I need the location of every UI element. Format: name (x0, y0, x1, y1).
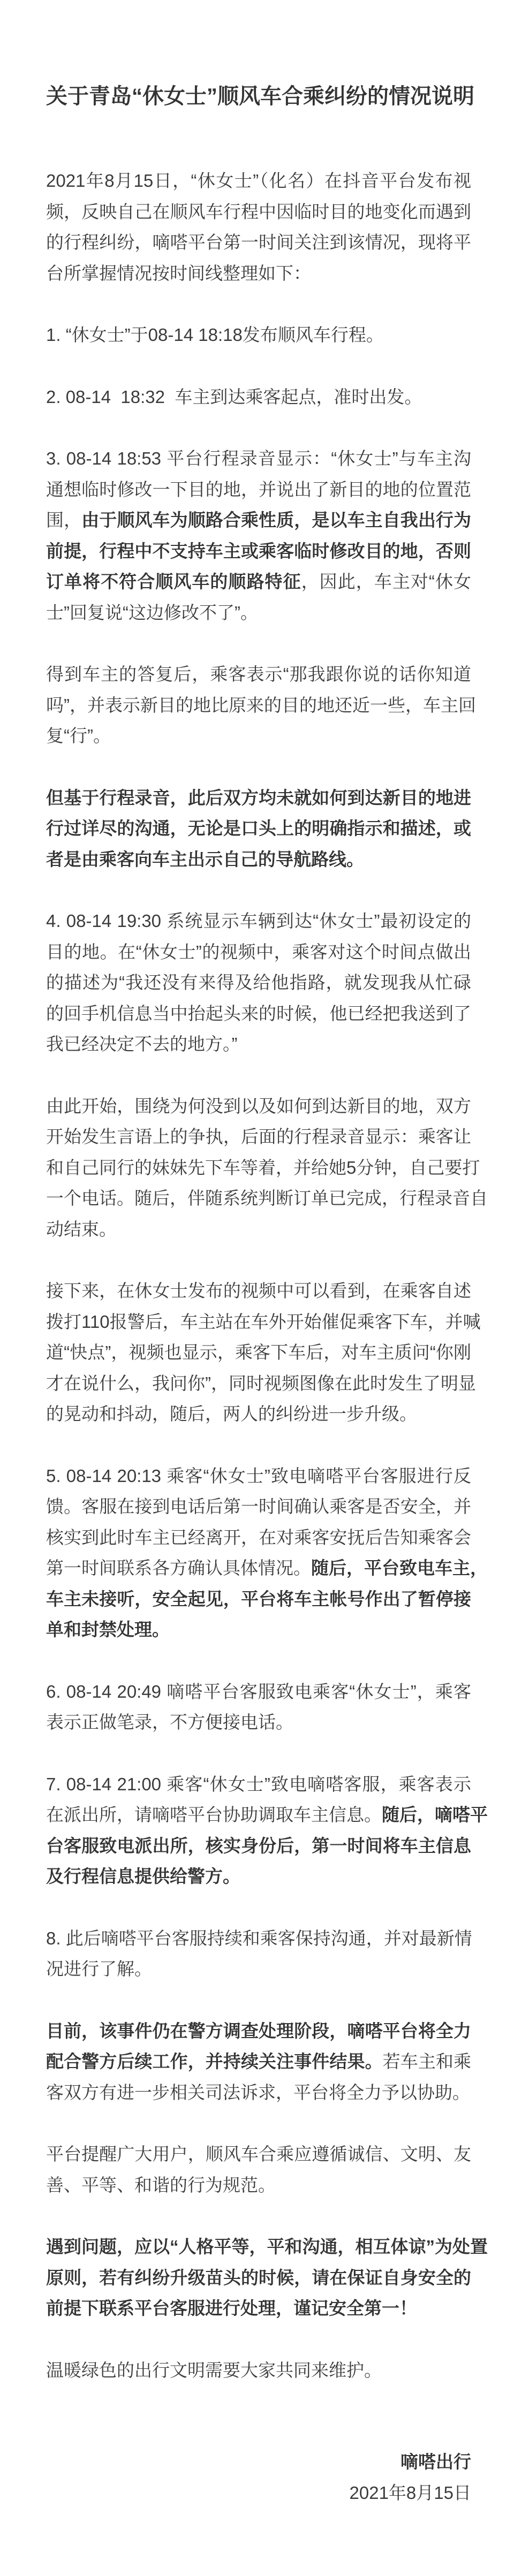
text-segment: 才在说什么，我问你”，同时视频图像在此时发生了明显 (46, 1373, 476, 1393)
text-segment: 道“快点”，视频也显示，乘客下车后，对车主质问“你刚 (46, 1342, 471, 1362)
text-line: 1. “休女士”于08-14 18:18发布顺风车行程。 (46, 320, 471, 351)
text-segment: 拨打110报警后，车主站在车外开始催促乘客下车，并喊 (46, 1312, 481, 1332)
text-segment: 频，反映自己在顺风车行程中因临时目的地变化而遇到 (46, 202, 471, 222)
bold-text-segment: 者是由乘客向车主出示自己的导航路线。 (46, 849, 364, 869)
text-line: 核实到此时车主已经离开，在对乘客安抚后告知乘客会 (46, 1522, 471, 1553)
text-segment: 我已经决定不去的地方。” (46, 1034, 238, 1054)
text-line: 馈。客服在接到电话后第一时间确认乘客是否安全，并 (46, 1491, 471, 1522)
bold-text-segment: 遇到问题，应以“人格平等，平和沟通，相互体谅”为处置 (46, 2237, 488, 2256)
bold-text-segment: 及行程信息提供给警方。 (46, 1866, 240, 1886)
text-line: 的行程纠纷，嘀嗒平台第一时间关注到该情况，现将平 (46, 227, 471, 258)
timeline-item-8: 8. 此后嘀嗒平台客服持续和乘客保持沟通，并对最新情 况进行了解。 (46, 1923, 471, 1985)
text-line: 的晃动和抖动，随后，两人的纠纷进一步升级。 (46, 1399, 471, 1430)
text-line: 7. 08-14 21:00 乘客“休女士”致电嘀嗒客服，乘客表示 (46, 1769, 471, 1800)
text-line: 5. 08-14 20:13 乘客“休女士”致电嘀嗒平台客服进行反 (46, 1461, 471, 1492)
text-segment: 5. 08-14 20:13 乘客“休女士”致电嘀嗒平台客服进行反 (46, 1466, 471, 1486)
text-line: 由此开始，围绕为何没到以及如何到达新目的地，双方 (46, 1091, 471, 1122)
text-line: 表示正做笔录，不方便接电话。 (46, 1707, 471, 1738)
timeline-item-4: 4. 08-14 19:30 系统显示车辆到达“休女士”最初设定的 目的地。在“… (46, 906, 471, 1060)
bold-text-segment: 配合警方后续工作，并持续关注事件结果。 (46, 2051, 383, 2071)
bold-text-segment: 由于顺风车为顺路合乘性质，是以车主自我出行为 (81, 510, 471, 530)
text-line: 3. 08-14 18:53 平台行程录音显示：“休女士”与车主沟 (46, 443, 471, 474)
text-line: 的描述为“我还没有来得及给他指路，就发现我从忙碌 (46, 967, 471, 998)
bold-text-segment: 行过详尽的沟通，无论是口头上的明确指示和描述，或 (46, 818, 471, 838)
timeline-item-5: 5. 08-14 20:13 乘客“休女士”致电嘀嗒平台客服进行反 馈。客服在接… (46, 1461, 471, 1645)
text-line: 善、平等、和谐的行为规范。 (46, 2170, 471, 2201)
text-line: 道“快点”，视频也显示，乘客下车后，对车主质问“你刚 (46, 1337, 471, 1368)
text-segment: 通想临时修改一下目的地，并说出了新目的地的位置范 (46, 480, 471, 499)
text-line: 台所掌握情况按时间线整理如下： (46, 258, 471, 289)
timeline-item-3: 3. 08-14 18:53 平台行程录音显示：“休女士”与车主沟 通想临时修改… (46, 443, 471, 628)
text-line: 开始发生言语上的争执，后面的行程录音显示：乘客让 (46, 1121, 471, 1152)
text-line: 一个电话。随后，伴随系统判断订单已完成，行程录音自 (46, 1183, 471, 1214)
text-segment: 台所掌握情况按时间线整理如下： (46, 263, 311, 283)
text-line: 8. 此后嘀嗒平台客服持续和乘客保持沟通，并对最新情 (46, 1923, 471, 1954)
bold-text-segment: 但基于行程录音，此后双方均未就如何到达新目的地进 (46, 788, 471, 808)
text-line: 行过详尽的沟通，无论是口头上的明确指示和描述，或 (46, 813, 471, 844)
passenger-reply-paragraph: 得到车主的答复后，乘客表示“那我跟你说的话你知道 吗”，并表示新目的地比原来的目… (46, 659, 471, 751)
bold-text-segment: 车主未接听，安全起见，平台将车主帐号作出了暂停接 (46, 1589, 471, 1609)
text-line: 原则，若有纠纷升级苗头的时候，请在保证自身安全的 (46, 2262, 471, 2293)
text-line: 车主未接听，安全起见，平台将车主帐号作出了暂停接 (46, 1584, 471, 1615)
text-line: 目的地。在“休女士”的视频中，乘客对这个时间点做出 (46, 937, 471, 968)
bold-text-segment: 前提下联系平台客服进行处理，谨记安全第一！ (46, 2298, 417, 2318)
bold-text-segment: 原则，若有纠纷升级苗头的时候，请在保证自身安全的 (46, 2268, 471, 2288)
text-line: 平台提醒广大用户，顺风车合乘应遵循诚信、文明、友 (46, 2139, 471, 2170)
signature-org: 嘀嗒出行 (350, 2446, 471, 2478)
text-segment: 8. 此后嘀嗒平台客服持续和乘客保持沟通，并对最新情 (46, 1928, 472, 1948)
dispute-paragraph: 由此开始，围绕为何没到以及如何到达新目的地，双方 开始发生言语上的争执，后面的行… (46, 1091, 471, 1245)
current-status-paragraph: 目前，该事件仍在警方调查处理阶段，嘀嗒平台将全力 配合警方后续工作，并持续关注事… (46, 2016, 471, 2108)
text-line: 温暖绿色的出行文明需要大家共同来维护。 (46, 2355, 471, 2386)
text-line: 接下来，在休女士发布的视频中可以看到，在乘客自述 (46, 1275, 471, 1306)
text-line: 动结束。 (46, 1214, 471, 1245)
text-line: 前提下联系平台客服进行处理，谨记安全第一！ (46, 2293, 471, 2324)
text-segment: 3. 08-14 18:53 平台行程录音显示：“休女士”与车主沟 (46, 449, 471, 468)
recording-note-paragraph: 但基于行程录音，此后双方均未就如何到达新目的地进 行过详尽的沟通，无论是口头上的… (46, 782, 471, 875)
video-description-paragraph: 接下来，在休女士发布的视频中可以看到，在乘客自述 拨打110报警后，车主站在车外… (46, 1275, 471, 1430)
text-line: 围，由于顺风车为顺路合乘性质，是以车主自我出行为 (46, 505, 471, 536)
bold-text-segment: 目前，该事件仍在警方调查处理阶段，嘀嗒平台将全力 (46, 2021, 471, 2041)
text-segment: 动结束。 (46, 1219, 117, 1239)
text-segment: 的行程纠纷，嘀嗒平台第一时间关注到该情况，现将平 (46, 232, 471, 252)
text-segment: 4. 08-14 19:30 系统显示车辆到达“休女士”最初设定的 (46, 911, 471, 931)
text-segment: 6. 08-14 20:49 嘀嗒平台客服致电乘客“休女士”，乘客 (46, 1682, 471, 1701)
text-segment: 馈。客服在接到电话后第一时间确认乘客是否安全，并 (46, 1496, 471, 1516)
safety-advice-paragraph: 遇到问题，应以“人格平等，平和沟通，相互体谅”为处置 原则，若有纠纷升级苗头的时… (46, 2231, 471, 2324)
document-page: 关于青岛“休女士”顺风车合乘纠纷的情况说明 2021年8月15日，“休女士”（化… (0, 0, 514, 2576)
text-line: 得到车主的答复后，乘客表示“那我跟你说的话你知道 (46, 659, 471, 690)
text-line: 通想临时修改一下目的地，并说出了新目的地的位置范 (46, 474, 471, 505)
text-segment: 的晃动和抖动，随后，两人的纠纷进一步升级。 (46, 1404, 417, 1424)
text-line: 的回手机信息当中抬起头来的时候，他已经把我送到了 (46, 998, 471, 1029)
timeline-item-2: 2. 08-14 18:32 车主到达乘客起点，准时出发。 (46, 382, 471, 413)
intro-paragraph: 2021年8月15日，“休女士”（化名）在抖音平台发布视 频，反映自己在顺风车行… (46, 165, 471, 288)
text-line: 客双方有进一步相关司法诉求，平台将全力予以协助。 (46, 2077, 471, 2108)
text-segment: 得到车主的答复后，乘客表示“那我跟你说的话你知道 (46, 664, 471, 684)
text-line: 目前，该事件仍在警方调查处理阶段，嘀嗒平台将全力 (46, 2016, 471, 2047)
text-line: 在派出所，请嘀嗒平台协助调取车主信息。随后，嘀嗒平 (46, 1799, 471, 1830)
text-segment: 平台提醒广大用户，顺风车合乘应遵循诚信、文明、友 (46, 2144, 471, 2164)
text-segment: 7. 08-14 21:00 乘客“休女士”致电嘀嗒客服，乘客表示 (46, 1774, 471, 1794)
text-segment: 第一时间联系各方确认具体情况。 (46, 1558, 311, 1578)
text-line: 前提，行程中不支持车主或乘客临时修改目的地，否则 (46, 536, 471, 567)
text-line: 吗”，并表示新目的地比原来的目的地还近一些，车主回 (46, 690, 471, 721)
text-line: 但基于行程录音，此后双方均未就如何到达新目的地进 (46, 782, 471, 814)
text-line: 6. 08-14 20:49 嘀嗒平台客服致电乘客“休女士”，乘客 (46, 1676, 471, 1707)
timeline-item-6: 6. 08-14 20:49 嘀嗒平台客服致电乘客“休女士”，乘客 表示正做笔录… (46, 1676, 471, 1738)
text-segment: 客双方有进一步相关司法诉求，平台将全力予以协助。 (46, 2083, 470, 2102)
bold-text-segment: 随后，嘀嗒平 (382, 1805, 488, 1825)
signature-date: 2021年8月15日 (350, 2478, 471, 2509)
text-line: 及行程信息提供给警方。 (46, 1861, 471, 1892)
text-line: 订单将不符合顺风车的顺路特征，因此，车主对“休女 (46, 566, 471, 597)
text-segment: 围， (46, 510, 81, 530)
timeline-item-7: 7. 08-14 21:00 乘客“休女士”致电嘀嗒客服，乘客表示 在派出所，请… (46, 1769, 471, 1892)
text-segment: 由此开始，围绕为何没到以及如何到达新目的地，双方 (46, 1096, 471, 1116)
bold-text-segment: 随后，平台致电车主， (311, 1558, 488, 1578)
text-line: 频，反映自己在顺风车行程中因临时目的地变化而遇到 (46, 196, 471, 227)
closing-paragraph: 温暖绿色的出行文明需要大家共同来维护。 (46, 2355, 471, 2386)
text-line: 单和封禁处理。 (46, 1614, 471, 1645)
text-line: 2021年8月15日，“休女士”（化名）在抖音平台发布视 (46, 165, 471, 196)
text-line: 复“行”。 (46, 720, 471, 751)
timeline-item-1: 1. “休女士”于08-14 18:18发布顺风车行程。 (46, 320, 471, 351)
page-title: 关于青岛“休女士”顺风车合乘纠纷的情况说明 (46, 81, 471, 112)
text-segment: 善、平等、和谐的行为规范。 (46, 2175, 276, 2195)
text-line: 台客服致电派出所，核实身份后，第一时间将车主信息 (46, 1830, 471, 1861)
text-segment: 士”回复说“这边修改不了”。 (46, 603, 258, 622)
text-line: 我已经决定不去的地方。” (46, 1029, 471, 1060)
text-line: 和自己同行的妹妹先下车等着，并给她5分钟，自己要打 (46, 1152, 471, 1183)
text-line: 4. 08-14 19:30 系统显示车辆到达“休女士”最初设定的 (46, 906, 471, 937)
bold-text-segment: 单和封禁处理。 (46, 1620, 170, 1639)
text-line: 士”回复说“这边修改不了”。 (46, 597, 471, 628)
text-line: 第一时间联系各方确认具体情况。随后，平台致电车主， (46, 1553, 471, 1584)
text-segment: 一个电话。随后，伴随系统判断订单已完成，行程录音自 (46, 1188, 488, 1208)
bold-text-segment: 台客服致电派出所，核实身份后，第一时间将车主信息 (46, 1836, 471, 1856)
text-segment: 2021年8月15日，“休女士”（化名）在抖音平台发布视 (46, 171, 471, 191)
text-segment: 和自己同行的妹妹先下车等着，并给她5分钟，自己要打 (46, 1158, 480, 1177)
bold-text-segment: 前提，行程中不支持车主或乘客临时修改目的地，否则 (46, 541, 471, 561)
text-segment: 若车主和乘 (383, 2051, 471, 2071)
text-line: 况进行了解。 (46, 1954, 471, 1985)
text-line: 者是由乘客向车主出示自己的导航路线。 (46, 844, 471, 875)
text-line: 才在说什么，我问你”，同时视频图像在此时发生了明显 (46, 1368, 471, 1399)
text-segment: 1. “休女士”于08-14 18:18发布顺风车行程。 (46, 325, 384, 345)
text-segment: 况进行了解。 (46, 1959, 152, 1979)
text-segment: ，因此，车主对“休女 (301, 572, 471, 591)
document-body: 2021年8月15日，“休女士”（化名）在抖音平台发布视 频，反映自己在顺风车行… (46, 165, 471, 2385)
signature-block: 嘀嗒出行 2021年8月15日 (350, 2446, 471, 2508)
text-line: 配合警方后续工作，并持续关注事件结果。若车主和乘 (46, 2046, 471, 2077)
text-segment: 的描述为“我还没有来得及给他指路，就发现我从忙碌 (46, 972, 471, 992)
text-segment: 核实到此时车主已经离开，在对乘客安抚后告知乘客会 (46, 1528, 471, 1547)
text-segment: 吗”，并表示新目的地比原来的目的地还近一些，车主回 (46, 695, 476, 715)
platform-reminder-paragraph: 平台提醒广大用户，顺风车合乘应遵循诚信、文明、友 善、平等、和谐的行为规范。 (46, 2139, 471, 2200)
text-segment: 开始发生言语上的争执，后面的行程录音显示：乘客让 (46, 1127, 471, 1146)
bold-text-segment: 订单将不符合顺风车的顺路特征 (46, 572, 301, 591)
text-segment: 2. 08-14 18:32 车主到达乘客起点，准时出发。 (46, 387, 422, 407)
text-segment: 在派出所，请嘀嗒平台协助调取车主信息。 (46, 1805, 382, 1825)
text-line: 2. 08-14 18:32 车主到达乘客起点，准时出发。 (46, 382, 471, 413)
text-line: 拨打110报警后，车主站在车外开始催促乘客下车，并喊 (46, 1306, 471, 1338)
text-segment: 的回手机信息当中抬起头来的时候，他已经把我送到了 (46, 1004, 471, 1023)
text-line: 遇到问题，应以“人格平等，平和沟通，相互体谅”为处置 (46, 2231, 471, 2262)
text-segment: 接下来，在休女士发布的视频中可以看到，在乘客自述 (46, 1281, 471, 1301)
text-segment: 目的地。在“休女士”的视频中，乘客对这个时间点做出 (46, 942, 471, 962)
text-segment: 表示正做笔录，不方便接电话。 (46, 1712, 293, 1732)
text-segment: 温暖绿色的出行文明需要大家共同来维护。 (46, 2360, 382, 2380)
text-segment: 复“行”。 (46, 726, 111, 746)
